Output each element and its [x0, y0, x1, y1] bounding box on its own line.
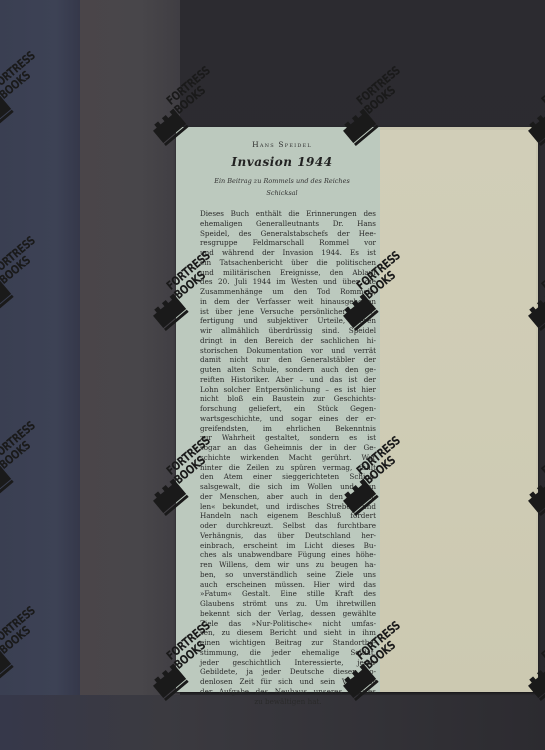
blurb-line: bekennt sich der Verlag, dessen gewählte — [200, 609, 376, 619]
blurb-text: Dieses Buch enthält die Erinnerungen des… — [200, 209, 376, 706]
blurb-line: forschung geliefert, ein Stück Gegen- — [200, 404, 376, 414]
background-left-panel — [0, 0, 80, 750]
blurb-line: des 20. Juli 1944 im Westen und über die — [200, 277, 376, 287]
blurb-line: Lohn solcher Entpersönlichung – es ist h… — [200, 385, 376, 395]
blurb-line: dringt in den Bereich der sachlichen hi- — [200, 336, 376, 346]
blurb-line: nicht bloß ein Baustein zur Geschichts- — [200, 394, 376, 404]
blurb-line: auch erscheinen müssen. Hier wird das — [200, 580, 376, 590]
blurb-line: einbrach, erscheint im Licht dieses Bu- — [200, 541, 376, 551]
blurb-line: der Aufgabe des Neubaus unseres Staates — [200, 687, 376, 697]
blurb-line: len« bekundet, und irdisches Streben und — [200, 502, 376, 512]
blurb-line: storischen Dokumentation vor und verrät — [200, 346, 376, 356]
author-name: Hans Speidel — [190, 140, 374, 149]
blurb-line: oder durchkreuzt. Selbst das furchtbare — [200, 521, 376, 531]
blurb-line: ches als unabwendbare Fügung eines höhe- — [200, 550, 376, 560]
blurb-line: Gebildete, ja jeder Deutsche dieser bo- — [200, 667, 376, 677]
blurb-line: ehemaligen Generalleutnants Dr. Hans — [200, 219, 376, 229]
dust-jacket-flap: Hans Speidel Invasion 1944 Ein Beitrag z… — [176, 127, 380, 692]
blurb-line: und während der Invasion 1944. Es ist — [200, 248, 376, 258]
blurb-line: zur Wahrheit gestaltet, sondern es ist — [200, 433, 376, 443]
blurb-line: schichte wirkenden Macht gerührt. Wer — [200, 453, 376, 463]
blurb-line: Handeln nach eigenem Beschluß fördert — [200, 511, 376, 521]
blurb-line: ben, so unverständlich seine Ziele uns — [200, 570, 376, 580]
blurb-line: wartsgeschichte, und sogar eines der er- — [200, 414, 376, 424]
blurb-line: salsgewalt, die sich im Wollen und Tun — [200, 482, 376, 492]
blurb-line: der Menschen, aber auch in den »Zufäl- — [200, 492, 376, 502]
book-back-cover — [378, 130, 536, 690]
blurb-line: sen, zu diesem Bericht und sieht in ihm — [200, 628, 376, 638]
blurb-line: den Atem einer sieggerichteten Schick- — [200, 472, 376, 482]
subtitle-line-2: Schicksal — [190, 187, 374, 199]
blurb-line: fertigung und subjektiver Urteile, deren — [200, 316, 376, 326]
blurb-line: zu bewältigen hat. — [200, 697, 376, 707]
subtitle-line-1: Ein Beitrag zu Rommels und des Reiches — [190, 175, 374, 187]
blurb-line: in dem der Verfasser weit hinausgehoben — [200, 297, 376, 307]
background-middle-panel — [80, 0, 180, 750]
blurb-line: ist über jene Versuche persönlicher Rech… — [200, 307, 376, 317]
blurb-line: hinter die Zeilen zu spüren vermag, fühl… — [200, 463, 376, 473]
blurb-line: Glaubens strömt uns zu. Um ihretwillen — [200, 599, 376, 609]
blurb-line: Speidel, des Generalstabschefs der Hee- — [200, 229, 376, 239]
blurb-line: und militärischen Ereignisse, den Ablauf — [200, 268, 376, 278]
blurb-line: guten alten Schule, sondern auch den ge- — [200, 365, 376, 375]
blurb-line: Verhängnis, das über Deutschland her- — [200, 531, 376, 541]
blurb-line: ren Willens, dem wir uns zu beugen ha- — [200, 560, 376, 570]
blurb-line: jeder geschichtlich Interessierte, jeder — [200, 658, 376, 668]
blurb-line: denlosen Zeit für sich und sein Volk vor — [200, 677, 376, 687]
blurb-line: einen wichtigen Beitrag zur Standortbe- — [200, 638, 376, 648]
book-subtitle: Ein Beitrag zu Rommels und des Reiches S… — [190, 175, 374, 199]
blurb-line: ein Tatsachenbericht über die politische… — [200, 258, 376, 268]
blurb-line: Dieses Buch enthält die Erinnerungen des — [200, 209, 376, 219]
blurb-line: greifendsten, im ehrlichen Bekenntnis — [200, 424, 376, 434]
blurb-line: Ziele das »Nur-Politische« nicht umfas- — [200, 619, 376, 629]
blurb-line: reiften Historiker. Aber – und das ist d… — [200, 375, 376, 385]
book-title: Invasion 1944 — [190, 155, 374, 169]
blurb-line: resgruppe Feldmarschall Rommel vor — [200, 238, 376, 248]
blurb-line: wir allmählich überdrüssig sind. Speidel — [200, 326, 376, 336]
blurb-line: »Fatum« Gestalt. Eine stille Kraft des — [200, 589, 376, 599]
blurb-line: Zusammenhänge um den Tod Rommels, — [200, 287, 376, 297]
blurb-line: damit nicht nur den Generalstäbler der — [200, 355, 376, 365]
blurb-line: stimmung, die jeder ehemalige Soldat, — [200, 648, 376, 658]
blurb-line: sogar an das Geheimnis der in der Ge- — [200, 443, 376, 453]
